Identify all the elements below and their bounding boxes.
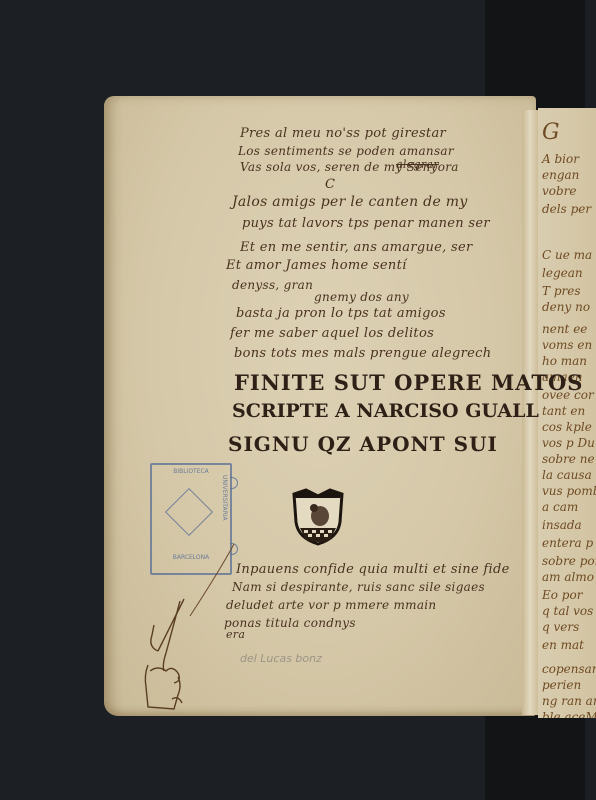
facing-line: dels per (542, 202, 591, 216)
facing-line: copensam (542, 662, 596, 676)
facing-line: deny no (542, 300, 590, 314)
facing-line: a cam (542, 500, 578, 514)
facing-line: C ue ma (542, 248, 592, 262)
facing-initial: G (542, 120, 560, 145)
stamp-side-text: UNIVERSITARIA (221, 475, 228, 521)
verse-line-10: basta ja pron lo tps tat amigos (236, 306, 446, 321)
struck-word: alegrar (396, 158, 439, 171)
facing-line: engan (542, 168, 579, 182)
verse-line-9: gnemy dos any (314, 290, 409, 304)
verse-line-6: Et en me sentir, ans amargue, ser (240, 240, 472, 255)
stamp-diamond-emblem (165, 488, 213, 536)
facing-line: legean (542, 266, 583, 280)
facing-line: nent ee (542, 322, 587, 336)
facing-line: en mat (542, 638, 584, 652)
verse-line-5: puys tat lavors tps penar manen ser (242, 216, 490, 231)
facing-line: am almo (542, 570, 594, 584)
facing-line: la causa (542, 468, 592, 482)
colophon-line-1: FINITE SUT OPERE MATOS (234, 370, 583, 395)
facing-line: vobre (542, 184, 577, 198)
verse-line-4: Jalos amigs per le canten de my (232, 194, 468, 210)
facing-line: voms en (542, 338, 592, 352)
latin-line-5: era (226, 628, 245, 641)
facing-line: sobre ne (542, 452, 595, 466)
pen-flourish-icon (180, 540, 240, 620)
facing-page: G A bior engan vobre dels per C ue ma le… (538, 108, 596, 718)
facing-line: A bior (542, 152, 579, 166)
facing-line: ble aceM (542, 710, 596, 718)
facing-line: vus pomb (542, 484, 596, 498)
verse-line-7: Et amor James home sentí (226, 258, 407, 273)
verse-line-8: denyss, gran (232, 278, 313, 292)
verse-line-1: Pres al meu no'ss pot girestar (240, 126, 446, 141)
facing-line: insada (542, 518, 582, 532)
facing-line: q vers (542, 620, 579, 634)
facing-line: Eo por (542, 588, 582, 602)
stamp-top-text: BIBLIOTECA (152, 468, 230, 475)
coat-of-arms-icon (290, 488, 346, 546)
facing-line: ho man (542, 354, 587, 368)
facing-line: T pres (542, 284, 581, 298)
facing-line: sobre por (542, 554, 596, 568)
facing-line: cos kple (542, 420, 592, 434)
verse-marker-c: C (325, 177, 335, 192)
verse-line-2: Los sentiments se poden amansar (238, 144, 454, 158)
latin-line-3: deludet arte vor p mmere mmain (226, 598, 436, 612)
facing-line: entera p a (542, 536, 596, 550)
facing-line: perien (542, 678, 581, 692)
latin-line-1: Inpauens confide quia multi et sine fide (236, 562, 510, 577)
facing-line: ng ran am (542, 694, 596, 708)
verse-line-12: bons tots mes mals prengue alegrech (234, 346, 491, 361)
facing-line: q tal vos (542, 604, 593, 618)
colophon-line-3: SIGNU QZ APONT SUI (228, 432, 498, 456)
verse-line-11: fer me saber aquel los delitos (230, 326, 434, 341)
pencil-note: del Lucas bonz (240, 652, 322, 665)
latin-line-2: Nam si despirante, ruis sanc sile sigaes (232, 580, 485, 594)
facing-line: tant en (542, 404, 585, 418)
colophon-line-2: SCRIPTE A NARCISO GUALL (232, 400, 539, 422)
facing-line: vos p Du (542, 436, 595, 450)
